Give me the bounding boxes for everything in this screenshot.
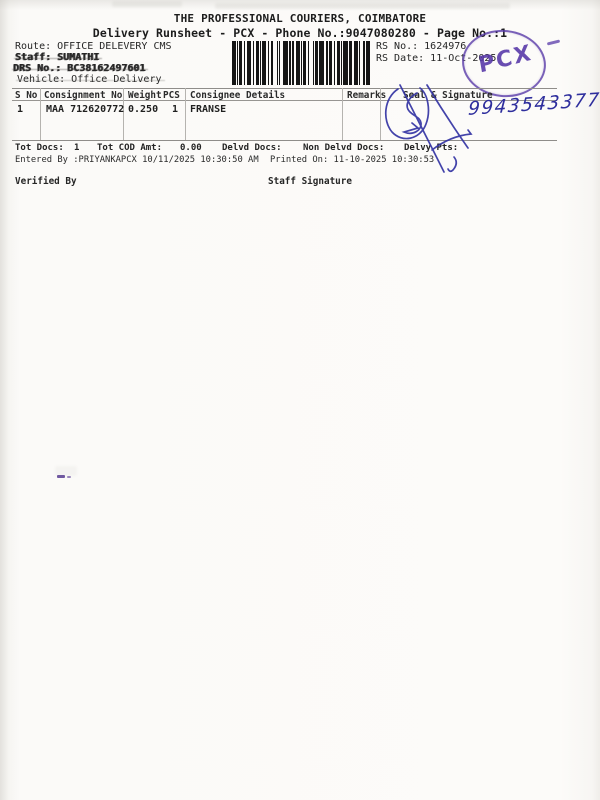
cell-weight: 0.250 — [128, 104, 158, 115]
pcx-stamp-mark — [547, 39, 560, 45]
tot-cod-value: 0.00 — [180, 143, 202, 153]
tot-docs-label: Tot Docs: — [15, 143, 64, 153]
staff-line: Staff: SUMATHI — [15, 52, 99, 63]
scan-artifact — [215, 3, 510, 9]
tot-docs-value: 1 — [74, 143, 79, 153]
staff-signature-label: Staff Signature — [268, 176, 352, 187]
barcode-space — [370, 41, 371, 85]
cell-sno: 1 — [17, 104, 23, 115]
drs-no-line: DRS No.: BC38162497601 — [13, 63, 145, 74]
scanned-runsheet-page: THE PROFESSIONAL COURIERS, COIMBATORE De… — [0, 0, 600, 800]
table-column-divider — [40, 88, 41, 140]
ink-speck — [67, 476, 71, 478]
entered-by-line: Entered By :PRIYANKAPCX 10/11/2025 10:30… — [15, 155, 259, 165]
scan-artifact — [55, 466, 77, 476]
scan-artifact — [112, 1, 182, 7]
tot-cod-label: Tot COD Amt: — [97, 143, 162, 153]
table-column-divider — [342, 88, 343, 140]
verified-by-label: Verified By — [15, 176, 77, 187]
col-header-consignee: Consignee Details — [190, 90, 285, 101]
consignment-barcode — [232, 41, 372, 85]
delvd-docs-label: Delvd Docs: — [222, 143, 282, 153]
handwritten-signature — [370, 80, 500, 185]
cell-consignment-no: MAA 712620772 — [46, 104, 124, 115]
page-title: THE PROFESSIONAL COURIERS, COIMBATORE — [0, 12, 600, 25]
col-header-consignment: Consignment No — [44, 90, 122, 101]
col-header-sno: S No — [15, 90, 37, 101]
cell-consignee: FRANSE — [190, 104, 226, 115]
col-header-weight: Weight — [128, 90, 162, 101]
cell-pcs: 1 — [172, 104, 178, 115]
table-column-divider — [185, 88, 186, 140]
vehicle-line: Vehicle: Office Delivery — [17, 74, 162, 85]
route-line: Route: OFFICE DELEVERY CMS — [15, 41, 172, 52]
col-header-pcs: PCS — [163, 90, 180, 101]
rs-no-line: RS No.: 1624976 — [376, 41, 466, 52]
